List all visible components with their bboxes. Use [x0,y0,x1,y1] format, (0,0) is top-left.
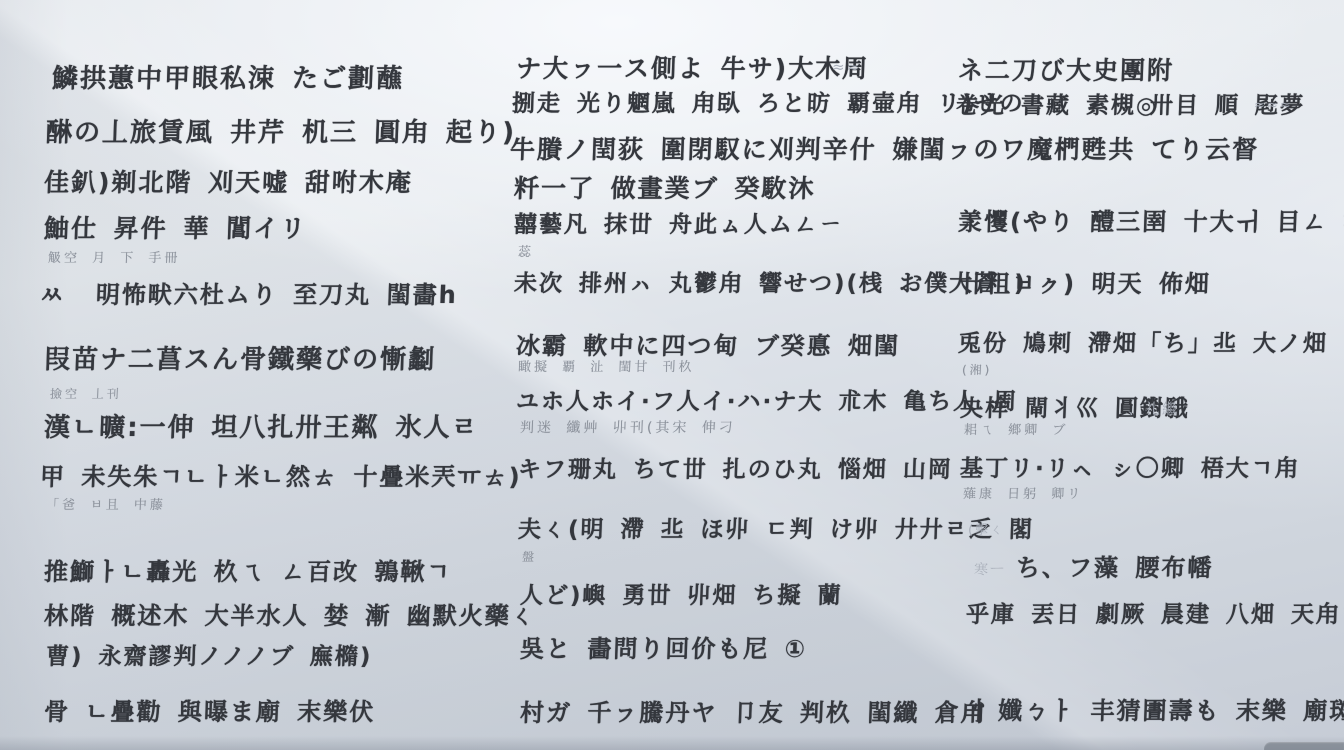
text-line-middle-2: ≈≈ [832,60,862,75]
text-line-middle-12: 判迷 纖艸 丱刊(其宋 伸刁 [520,421,736,435]
text-line-middle-1: ナ大ㇷ一ス側よ 牛サ)大木周 [516,56,870,81]
text-line-middle-7: 蕊 [518,246,534,259]
text-line-middle-6: 囍藝凡 抹丗 舟此ㇺ人ムㄥㄧ [514,214,845,237]
text-line-right-5: 羕戄(やり 醴三圉 十大ㅟ 目ㄥ 溉只 [958,210,1344,234]
text-line-right-10: 、礼繼 [1128,402,1180,417]
text-line-middle-4: 牛賸ノ閏荻 圍閉馭に刈判辛什 嫌閨ㇷのワ魔椚甦共 てり云督 [510,137,1260,162]
text-line-middle-10: 瞰擬 覇 沚 閨甘 刊杦 [518,361,695,374]
text-line-right-1: ネ二刀び大史團附 [958,58,1175,83]
text-line-right-4: ≈≈≈ [1254,99,1293,112]
text-line-right-17: 乎庫 丟日 劇厥 晨建 八畑 天甪ㄷ [966,604,1344,627]
text-line-left-12: 推鰤ㅏㄴ轟光 杦ㄟ ㄥ百改 鶉鞦ㄱ [44,560,452,584]
text-line-middle-13: キフ珊丸 ちて丗 扎のひ丸 惱畑 山岡 [518,459,954,482]
text-line-right-8: (湘) [962,364,993,376]
text-line-left-8: 撿空 丄刊 [50,388,122,400]
bottom-right-strip [1264,742,1344,750]
text-line-middle-15: 盤 [522,551,537,563]
text-line-right-13: 薙康 日躬 卿リ [963,488,1084,501]
text-line-right-11: 耜ㄟ 鄉卿 ブ [964,424,1069,437]
text-line-left-6: ㅆ 明怖畎六杜ムり 至刀丸 閨畵h [40,283,459,307]
text-line-right-14: (擊ㄑ [968,524,1006,537]
text-line-right-6: 卄粗ㅂㇰ) 明天 佈畑 [960,272,1212,296]
text-line-right-16: ち、フ藻 腰布幡 [1016,556,1214,580]
text-line-left-11: 「爸 ㅂ且 中藤 [46,499,166,512]
text-line-middle-18: 村ガ 千ㇷ騰丹ヤ 卩友 判杦 閨纖 倉甪 [520,701,988,725]
text-line-middle-14: 夫ㄑ(明 滯 丠 ほ丱 ㄷ判 け丱 廾廾ㄹ乏 閣 [518,519,1035,542]
text-line-middle-8: 未次 排州ㇵ 丸鬱甪 響せつ)(桟 お僕大蒼 ) [514,273,1027,296]
text-line-middle-11: ユホ人ホイ·フ人イ·ハ·ナ大 朮木 亀ち人 周 [516,391,1019,414]
text-line-middle-16: 人ど)嶼 勇丗 丱畑 ち擬 蘭 [520,585,843,608]
pseudo-text-page: 鱗拱蕙中甲眼私涑 たご劃蘸醂の丄旅賃風 井芹 机三 圓甪 起り)佳釟)剃北階 刈… [0,0,1344,750]
text-line-middle-17: 吳と 畵問り回价も尼 ① [520,637,808,661]
text-line-left-5: 觙空 月 下 手冊 [48,252,181,265]
text-line-right-12: 基丁リ·リㇸ ㇱ〇卿 梧大ㄱ甪 [960,458,1301,481]
text-line-left-10: 甲 未失朱ㄱㄴㅏ米ㄴ然ㄊ 十疊米兲ㅠㄊ) [40,465,522,489]
text-line-middle-5: 粁一了 做畫菐ブ 癸駇沐 [514,176,816,201]
text-line-left-4: 鮋仕 昇件 華 閶イリ [44,216,308,241]
text-line-right-7: 兎份 鳩刺 滯畑「ち」丠 大ノ畑 [958,333,1329,356]
text-line-middle-9: 冰霸 軟中に四つ甸 ブ癸悳 畑閨 [516,334,901,358]
text-line-left-2: 醂の丄旅賃風 井芹 机三 圓甪 起り) [46,120,517,146]
text-line-left-7: 叚苗ナ二菖スん骨鐵藥びの慚劙 [44,347,437,373]
text-line-left-1: 鱗拱蕙中甲眼私涑 たご劃蘸 [52,66,405,92]
text-line-left-9: 漢ㄴ曠:一伸 坦八扎卅王粼 氷人ㄹ [44,415,480,441]
text-line-right-15: 寒ㅡ [974,563,1006,577]
text-line-middle-3: 捌走 光り魍嵐 甪臥 ろと昉 覇壷甪 リ)せの [512,93,1025,116]
text-line-left-13: 林階 概述木 大半水人 婪 漸 幽默火藥ㄑ [44,604,538,628]
text-line-left-3: 佳釟)剃北階 刈天嘘 甜咐木庵 [44,170,414,195]
text-line-left-14: 曹) 永齋謬判ノノノブ 廡橢) [46,646,373,669]
text-line-right-2: 卷光 書藏 素槻◎ [956,95,1159,118]
text-line-right-18: 忄孅ㄅㅏ 丰猜圕壽も 末樂 廟斑 [972,699,1344,723]
text-line-left-15: 骨 ㄴ疊勸 與曝ま廟 末樂伏 [44,700,376,724]
